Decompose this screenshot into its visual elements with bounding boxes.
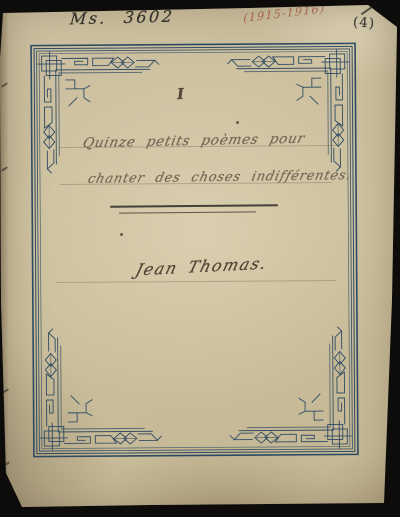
manuscript-cover: Ms. 3602 (1915-1916) (4) [0,0,400,517]
inner-border-brackets [56,68,334,432]
pen-stroke-mark [361,5,374,15]
date-annotation: (1915-1916) [243,1,325,25]
ink-dot [236,121,239,124]
outer-border-lines [31,43,358,456]
ornamental-border-frame [30,42,360,458]
binding-edge [0,0,9,517]
page-number-annotation: (4) [352,14,375,32]
series-numeral: I [176,85,184,103]
photo-background: Ms. 3602 (1915-1916) (4) [0,0,400,517]
ink-dot [120,233,123,236]
ms-number-annotation: Ms. 3602 [69,7,175,29]
